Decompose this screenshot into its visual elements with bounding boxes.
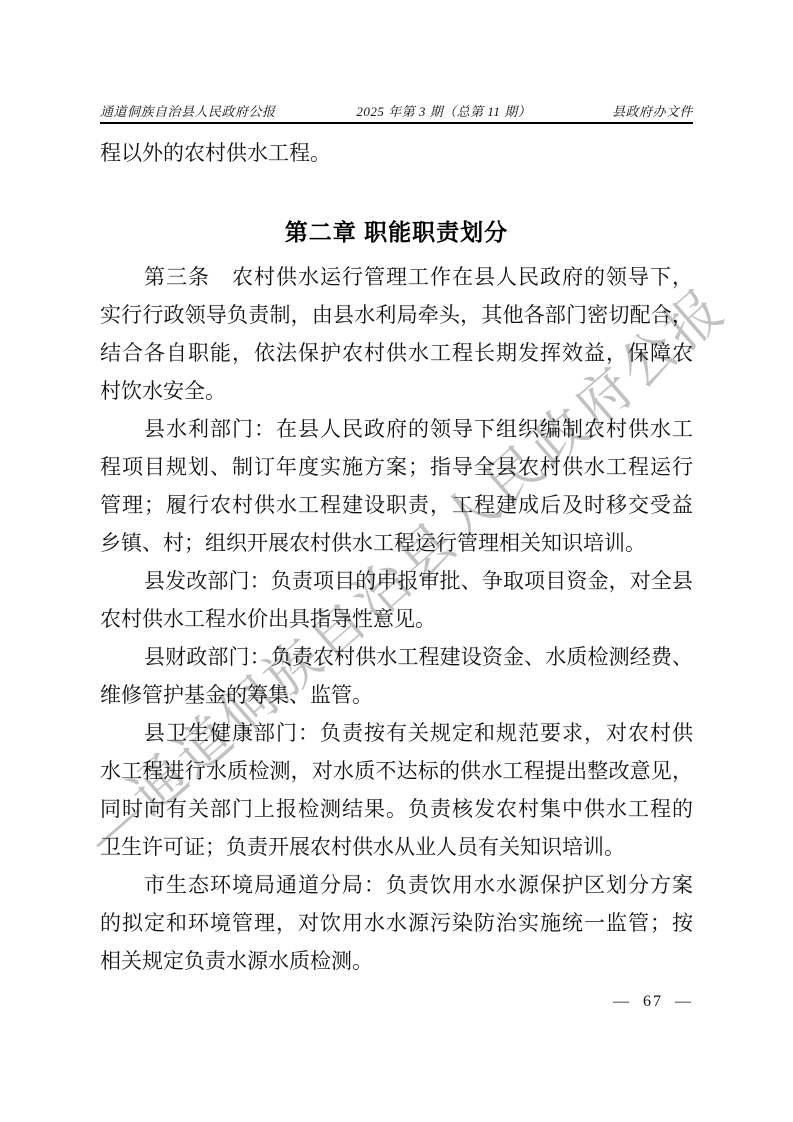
paragraph: 县卫生健康部门：负责按有关规定和规范要求，对农村供水工程进行水质检测，对水质不达… [100, 714, 693, 866]
paragraph: 县财政部门：负责农村供水工程建设资金、水质检测经费、维修管护基金的筹集、监管。 [100, 638, 693, 714]
body-line: 市生态环境局通道分局：负责饮用水水源保护区划分方案 [100, 866, 693, 904]
body-line: 维修管护基金的筹集、监管。 [100, 676, 693, 714]
document-body: 程以外的农村供水工程。 第二章 职能职责划分 第三条 农村供水运行管理工作在县人… [100, 134, 693, 980]
body-line: 县卫生健康部门：负责按有关规定和规范要求，对农村供 [100, 714, 693, 752]
body-line: 农村供水工程水价出具指导性意见。 [100, 600, 693, 638]
paragraph: 市生态环境局通道分局：负责饮用水水源保护区划分方案的拟定和环境管理，对饮用水水源… [100, 866, 693, 980]
page-header: 通道侗族自治县人民政府公报 2025 年第 3 期（总第 11 期） 县政府办文… [100, 99, 693, 124]
header-section-label: 县政府办文件 [612, 102, 693, 122]
body-line: 程项目规划、制订年度实施方案；指导全县农村供水工程运行 [100, 448, 693, 486]
header-issue-info: 2025 年第 3 期（总第 11 期） [356, 102, 531, 122]
body-line: 卫生许可证；负责开展农村供水从业人员有关知识培训。 [100, 828, 693, 866]
body-line: 结合各自职能，依法保护农村供水工程长期发挥效益，保障农 [100, 334, 693, 372]
body-line: 第三条 农村供水运行管理工作在县人民政府的领导下， [100, 258, 693, 296]
header-publication-title: 通道侗族自治县人民政府公报 [100, 102, 276, 122]
body-line: 同时向有关部门上报检测结果。负责核发农村集中供水工程的 [100, 790, 693, 828]
paragraph: 第三条 农村供水运行管理工作在县人民政府的领导下，实行行政领导负责制，由县水利局… [100, 258, 693, 410]
body-line: 村饮水安全。 [100, 372, 693, 410]
page-number: — 67 — [613, 993, 693, 1011]
body-line: 县水利部门：在县人民政府的领导下组织编制农村供水工 [100, 410, 693, 448]
body-line: 县财政部门：负责农村供水工程建设资金、水质检测经费、 [100, 638, 693, 676]
chapter-heading: 第二章 职能职责划分 [100, 217, 693, 247]
body-line: 水工程进行水质检测，对水质不达标的供水工程提出整改意见， [100, 752, 693, 790]
gazette-page: —通道侗族自治县人民政府公报 通道侗族自治县人民政府公报 2025 年第 3 期… [0, 0, 793, 1122]
body-line: 管理；履行农村供水工程建设职责，工程建成后及时移交受益 [100, 486, 693, 524]
body-line: 乡镇、村；组织开展农村供水工程运行管理相关知识培训。 [100, 524, 693, 562]
continuation-line: 程以外的农村供水工程。 [100, 134, 693, 172]
paragraphs: 第三条 农村供水运行管理工作在县人民政府的领导下，实行行政领导负责制，由县水利局… [100, 258, 693, 980]
body-line: 相关规定负责水源水质检测。 [100, 942, 693, 980]
paragraph: 县水利部门：在县人民政府的领导下组织编制农村供水工程项目规划、制订年度实施方案；… [100, 410, 693, 562]
body-line: 实行行政领导负责制，由县水利局牵头，其他各部门密切配合， [100, 296, 693, 334]
body-line: 县发改部门：负责项目的申报审批、争取项目资金，对全县 [100, 562, 693, 600]
paragraph: 县发改部门：负责项目的申报审批、争取项目资金，对全县农村供水工程水价出具指导性意… [100, 562, 693, 638]
body-line: 的拟定和环境管理，对饮用水水源污染防治实施统一监管；按 [100, 904, 693, 942]
